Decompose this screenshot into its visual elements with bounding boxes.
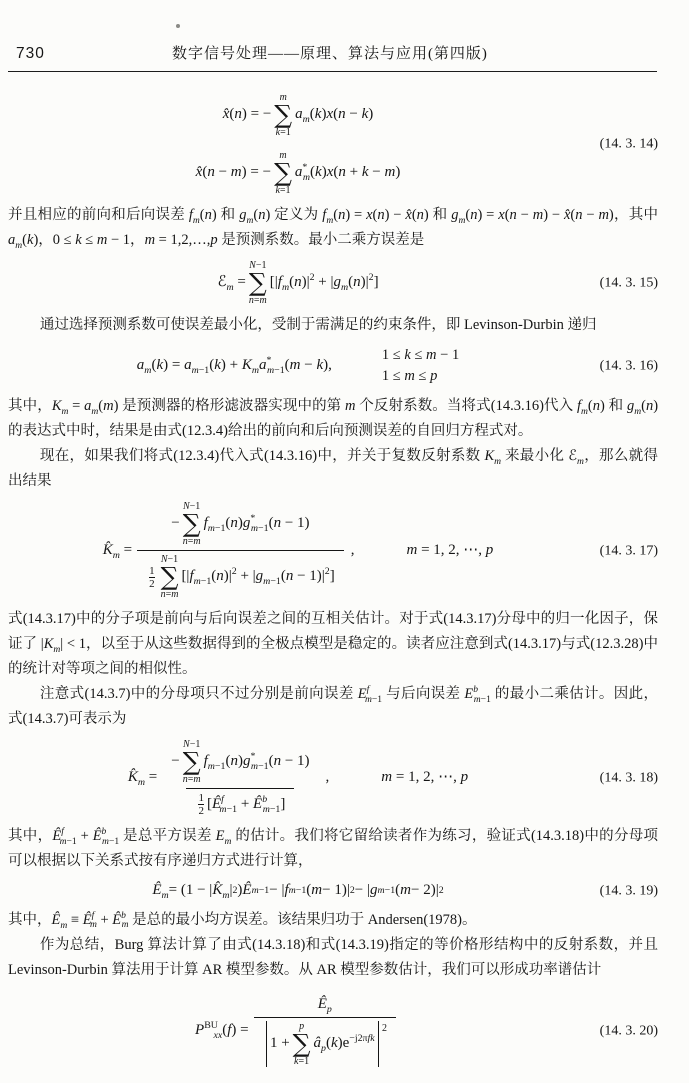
equation-14-3-19: Êm = (1 − |K̂m|2)Êm−1 − |fm−1(m − 1)|2…: [8, 881, 658, 901]
equation-conditions: 1 ≤ k ≤ m − 1 1 ≤ m ≤ p: [382, 345, 459, 387]
sigma-icon: ∑: [274, 161, 292, 185]
equation-number: (14. 3. 20): [600, 1018, 658, 1043]
page-content: x̂(n) = − m∑k=1 am(k)x(n − k) x̂(n − m) …: [0, 72, 689, 1067]
equation-number: (14. 3. 17): [600, 538, 658, 563]
equation-number: (14. 3. 16): [600, 354, 658, 379]
paragraph: 其中，Km = am(m) 是预测器的格形滤波器实现中的第 m 个反射系数。当将…: [8, 394, 658, 444]
math-lhs: K̂m =: [103, 541, 132, 561]
page-number: 730: [16, 45, 45, 63]
running-title: 数字信号处理——原理、算法与应用(第四版): [45, 42, 655, 63]
math-body: am(k) = am−1(k) + Kma*m−1(m − k),: [137, 356, 332, 376]
half-fraction: 12: [149, 565, 155, 590]
squared-exponent: 2: [382, 1022, 387, 1035]
equation-number: (14. 3. 18): [600, 766, 658, 791]
page-header: 730 数字信号处理——原理、算法与应用(第四版): [0, 0, 689, 63]
sigma-icon: ∑: [161, 565, 179, 589]
math-lhs: x̂(n) = −: [223, 105, 272, 125]
paragraph: 注意式(14.3.7)中的分母项只不过分别是前向误差 Efm−1 与后向误差 E…: [8, 682, 658, 732]
scan-artifact: [176, 24, 180, 28]
math-rhs: am(k)x(n − k): [295, 105, 373, 125]
equation-line: ℰm = N−1∑n=m [|fm(n)|2 + |gm(n)|2]: [217, 260, 378, 306]
summation: p∑k=1: [293, 1021, 311, 1067]
paragraph: 其中，Êm ≡ Êfm + Êbm 是总的最小均方误差。该结果归功于 An…: [8, 908, 658, 933]
summation: N−1∑n=m: [183, 501, 201, 547]
sigma-icon: ∑: [293, 1032, 311, 1056]
equation-14-3-20: PBUxx(f) = Êp 1 + p∑k=1 âp(k)e−j2πfk 2: [8, 995, 658, 1068]
equation-number: (14. 3. 15): [600, 271, 658, 296]
abs-bar: [266, 1021, 267, 1067]
equation-number: (14. 3. 19): [600, 878, 658, 903]
paragraph: 现在，如果我们将式(12.3.4)代入式(14.3.16)中，并关于复数反射系数…: [8, 444, 658, 494]
paragraph: 式(14.3.17)中的分子项是前向与后向误差之间的互相关估计。对于式(14.3…: [8, 607, 658, 682]
sigma-icon: ∑: [183, 750, 201, 774]
equation-line: x̂(n − m) = − m∑k=1 a*m(k)x(n + k − m): [196, 150, 401, 196]
paragraph: 通过选择预测系数可使误差最小化，受制于需满足的约束条件，即 Levinson-D…: [8, 313, 658, 338]
abs-bar: [378, 1021, 379, 1067]
book-page: 730 数字信号处理——原理、算法与应用(第四版) x̂(n) = − m∑k=…: [0, 0, 689, 1083]
half-fraction: 12: [198, 792, 204, 817]
equation-14-3-15: ℰm = N−1∑n=m [|fm(n)|2 + |gm(n)|2] (14. …: [8, 260, 658, 306]
paragraph: 其中，Êfm−1 + Êbm−1 是总平方误差 Em 的估计。我们将它留给读…: [8, 824, 658, 874]
equation-line: x̂(n) = − m∑k=1 am(k)x(n − k): [223, 92, 374, 138]
equation-line: Êm = (1 − |K̂m|2)Êm−1 − |fm−1(m − 1)|2…: [152, 881, 443, 901]
paragraph: 作为总结，Burg 算法计算了由式(14.3.18)和式(14.3.19)指定的…: [8, 933, 658, 983]
math-rhs: a*m(k)x(n + k − m): [295, 163, 400, 183]
summation: N−1∑n=m: [161, 554, 179, 600]
fraction: − N−1∑n=m fm−1(n)g*m−1(n − 1) 12 N−1∑n=m…: [137, 501, 344, 600]
fraction: Êp 1 + p∑k=1 âp(k)e−j2πfk 2: [254, 995, 396, 1068]
summation: N−1∑n=m: [183, 739, 201, 785]
paragraph: 并且相应的前向和后向误差 fm(n) 和 gm(n) 定义为 fm(n) = x…: [8, 203, 658, 253]
fraction: − N−1∑n=m fm−1(n)g*m−1(n − 1) 12 [Êfm−1…: [162, 739, 318, 817]
math-condition: m = 1, 2, ⋯, p: [381, 768, 468, 788]
sigma-icon: ∑: [183, 512, 201, 536]
math-rhs: [|fm(n)|2 + |gm(n)|2]: [270, 273, 379, 293]
equation-14-3-16: am(k) = am−1(k) + Kma*m−1(m − k), 1 ≤ k …: [8, 345, 658, 387]
math-lhs: PBUxx(f) =: [195, 1021, 249, 1041]
math-lhs: x̂(n − m) = −: [196, 163, 271, 183]
equation-14-3-14: x̂(n) = − m∑k=1 am(k)x(n − k) x̂(n − m) …: [8, 92, 658, 196]
equation-14-3-17: K̂m = − N−1∑n=m fm−1(n)g*m−1(n − 1) 12 N…: [8, 501, 658, 600]
summation: m∑k=1: [274, 150, 292, 196]
math-condition: m = 1, 2, ⋯, p: [406, 541, 493, 561]
equation-number: (14. 3. 14): [600, 132, 658, 157]
summation: m∑k=1: [274, 92, 292, 138]
math-lhs: ℰm =: [217, 273, 245, 293]
equation-line: am(k) = am−1(k) + Kma*m−1(m − k), 1 ≤ k …: [137, 345, 459, 387]
sigma-icon: ∑: [274, 103, 292, 127]
summation: N−1∑n=m: [249, 260, 267, 306]
math-lhs: K̂m =: [128, 768, 157, 788]
equation-14-3-18: K̂m = − N−1∑n=m fm−1(n)g*m−1(n − 1) 12 […: [8, 739, 658, 817]
sigma-icon: ∑: [249, 271, 267, 295]
